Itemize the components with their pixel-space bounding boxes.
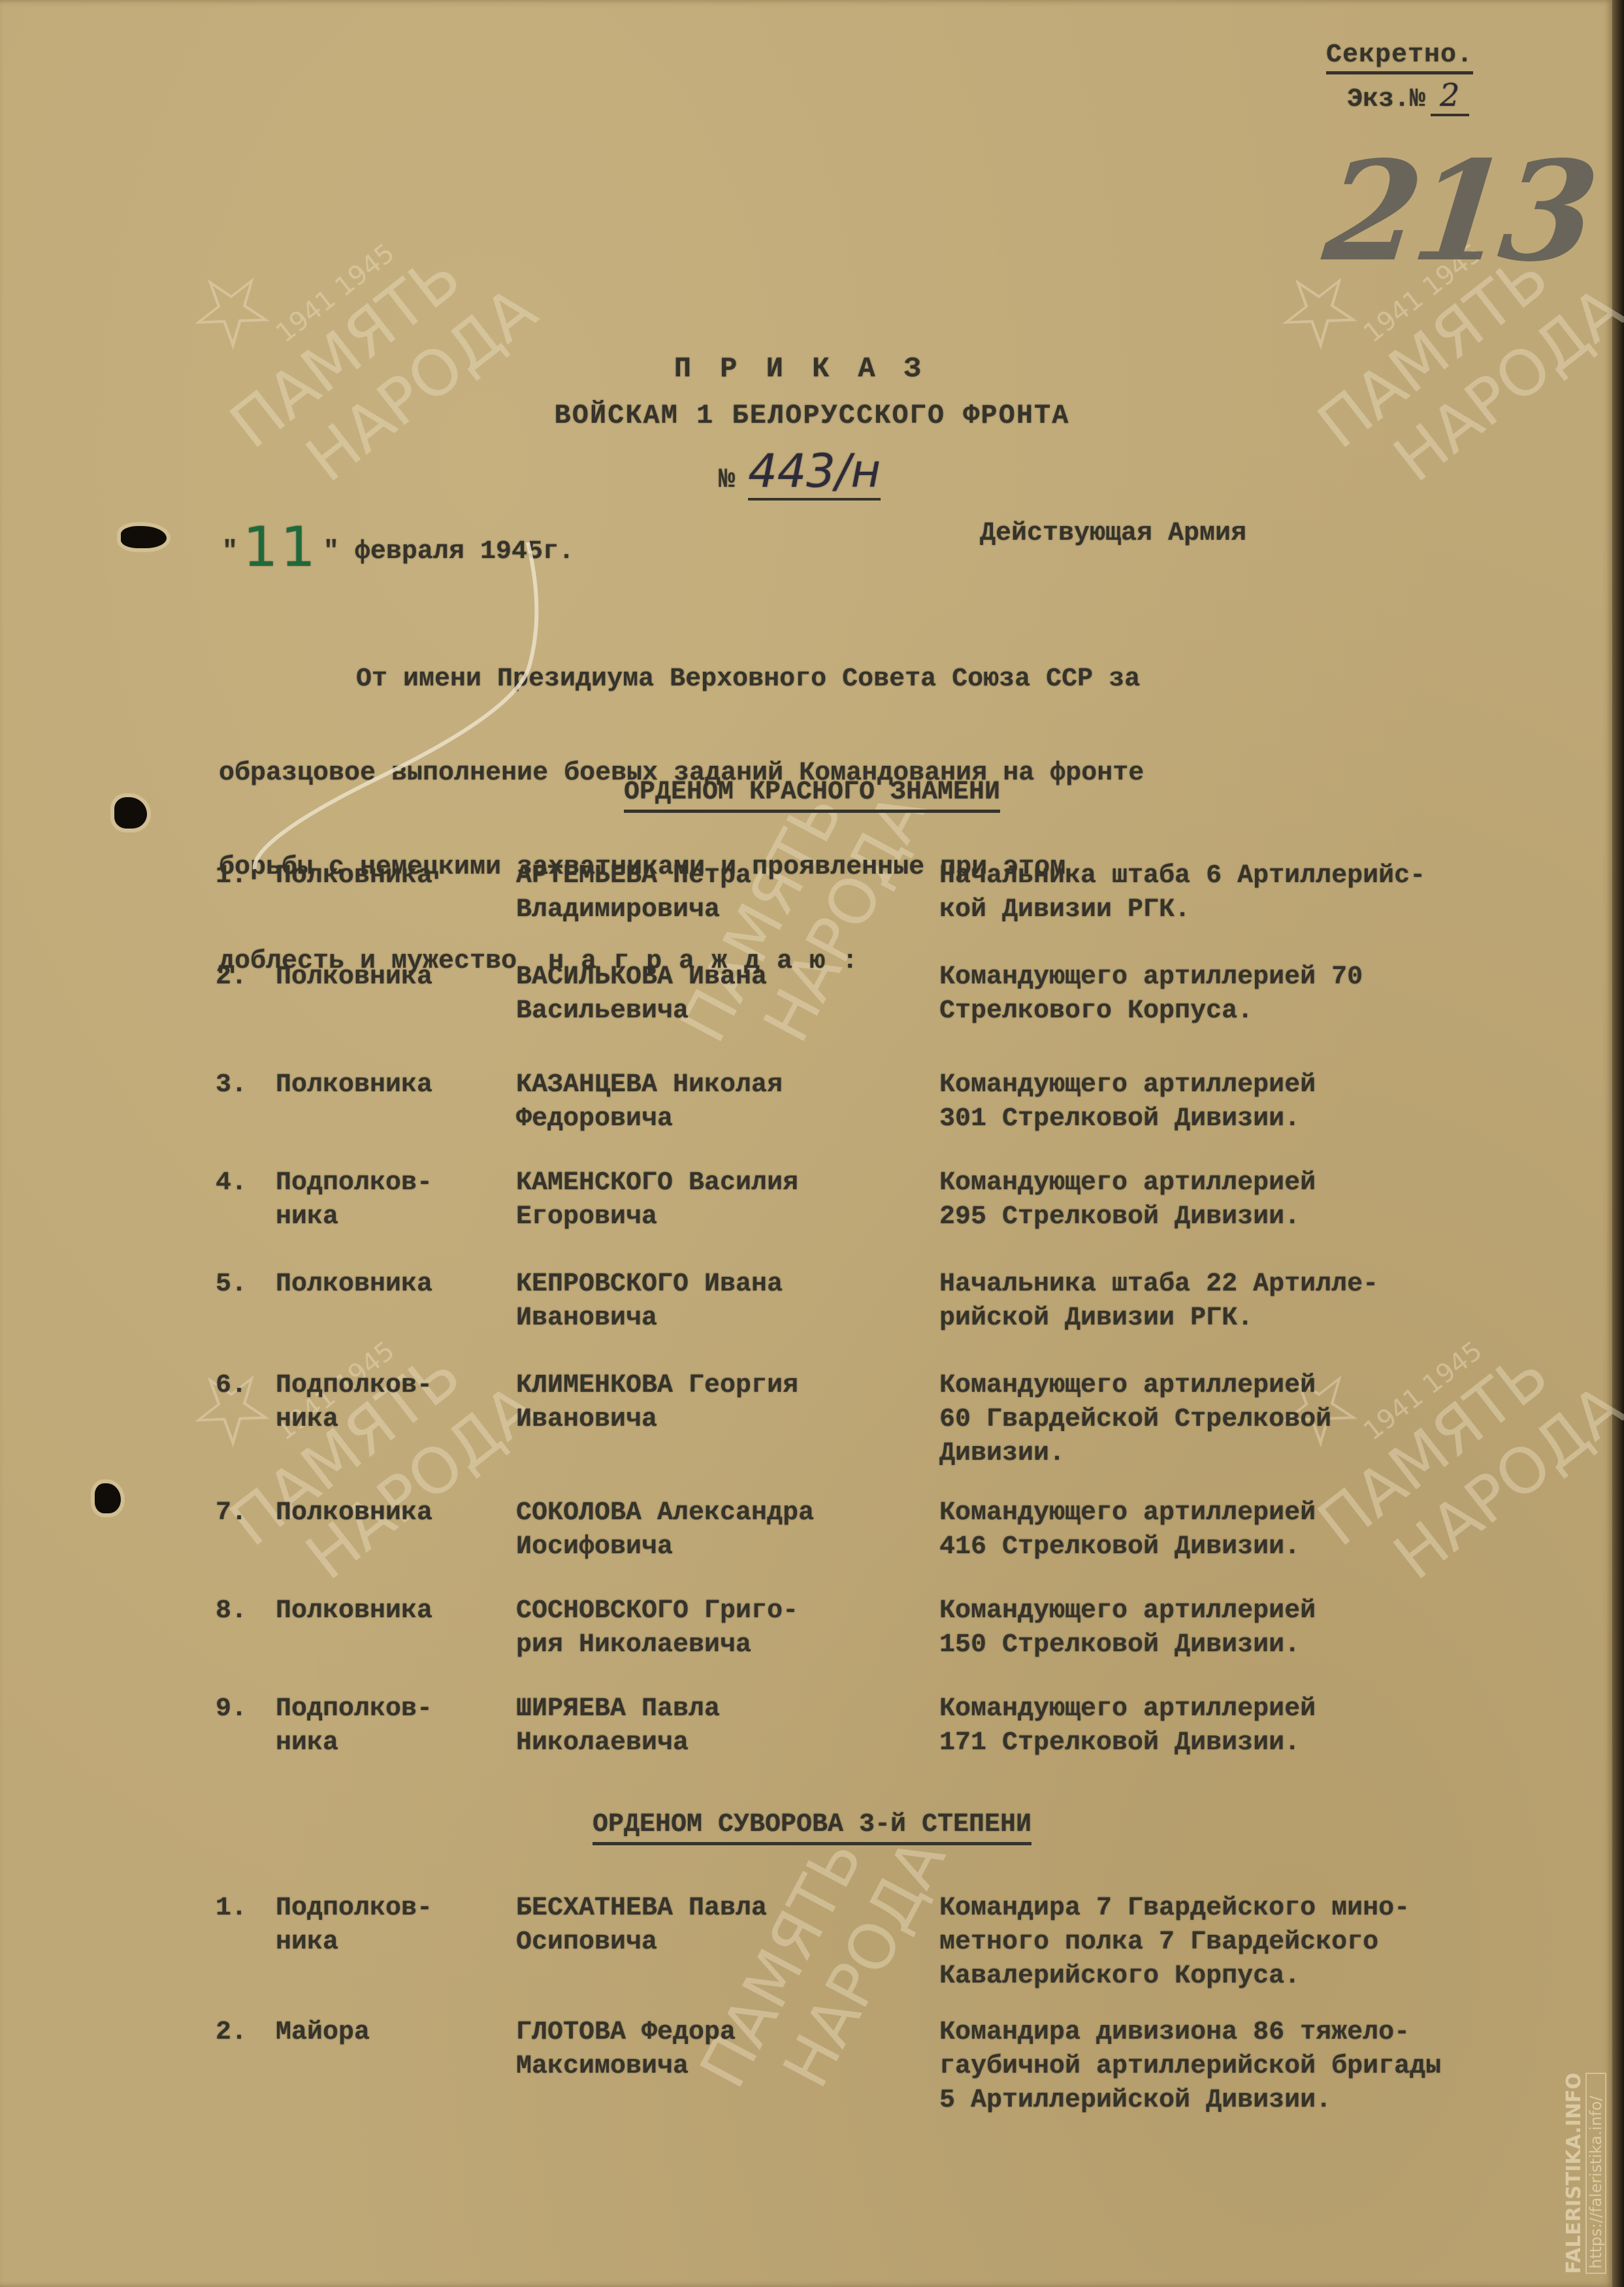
entry-rank: Полковника xyxy=(276,1496,511,1530)
entry-name: КАЗАНЦЕВА НиколаяФедоровича xyxy=(516,1068,921,1136)
document-addressee: ВОЙСКАМ 1 БЕЛОРУССКОГО ФРОНТА xyxy=(0,400,1624,431)
entry-position: Начальника штаба 6 Артиллерийс-кой Дивиз… xyxy=(939,859,1586,927)
archive-page-number: 213 xyxy=(1318,131,1597,292)
entry-number: 1. xyxy=(216,1892,274,1926)
document-title: ПРИКАЗ xyxy=(0,353,1624,386)
entry-position: Командующего артиллерией 70Стрелкового К… xyxy=(939,961,1586,1028)
entry-rank: Полковника xyxy=(276,859,511,893)
entry-number: 7. xyxy=(216,1496,274,1530)
binding-hole xyxy=(95,1483,121,1513)
entry-name: АРТЕМЬЕВА ПетраВладимировича xyxy=(516,859,921,927)
entry-name: СОКОЛОВА АлександраИосифовича xyxy=(516,1496,921,1564)
page-edge xyxy=(1612,0,1624,2287)
entry-number: 8. xyxy=(216,1594,274,1628)
entry-rank: Подполков-ника xyxy=(276,1369,511,1437)
entry-position: Командующего артиллерией60 Гвардейской С… xyxy=(939,1369,1586,1471)
entry-rank: Майора xyxy=(276,2016,511,2050)
entry-name: СОСНОВСКОГО Григо-рия Николаевича xyxy=(516,1594,921,1662)
entry-rank: Подполков-ника xyxy=(276,1166,511,1234)
classification-stamp: Секретно. xyxy=(1326,41,1473,70)
entry-position: Командующего артиллерией301 Стрелковой Д… xyxy=(939,1068,1586,1136)
entry-name: ШИРЯЕВА ПавлаНиколаевича xyxy=(516,1692,921,1760)
entry-name: КЕПРОВСКОГО ИванаИвановича xyxy=(516,1268,921,1336)
entry-name: БЕСХАТНЕВА ПавлаОсиповича xyxy=(516,1892,921,1960)
entry-number: 2. xyxy=(216,2016,274,2050)
entry-number: 5. xyxy=(216,1268,274,1302)
entry-number: 3. xyxy=(216,1068,274,1102)
entry-position: Командующего артиллерией416 Стрелковой Д… xyxy=(939,1496,1586,1564)
order-date: "11" февраля 1945г. xyxy=(222,515,574,579)
entry-rank: Полковника xyxy=(276,1068,511,1102)
entry-number: 1. xyxy=(216,859,274,893)
entry-rank: Полковника xyxy=(276,961,511,995)
entry-position: Начальника штаба 22 Артилле-рийской Диви… xyxy=(939,1268,1586,1336)
section-heading: ОРДЕНОМ СУВОРОВА 3-й СТЕПЕНИ xyxy=(0,1810,1624,1839)
entry-name: КЛИМЕНКОВА ГеоргияИвановича xyxy=(516,1369,921,1437)
copy-number: Экз.№2 xyxy=(1347,77,1469,114)
entry-rank: Полковника xyxy=(276,1594,511,1628)
entry-name: КАМЕНСКОГО ВасилияЕгоровича xyxy=(516,1166,921,1234)
binding-hole xyxy=(121,526,167,548)
entry-position: Командира 7 Гвардейского мино-метного по… xyxy=(939,1892,1586,1994)
entry-position: Командующего артиллерией150 Стрелковой Д… xyxy=(939,1594,1586,1662)
entry-position: Командующего артиллерией171 Стрелковой Д… xyxy=(939,1692,1586,1760)
section-heading: ОРДЕНОМ КРАСНОГО ЗНАМЕНИ xyxy=(0,778,1624,807)
entry-position: Командира дивизиона 86 тяжело-гаубичной … xyxy=(939,2016,1586,2118)
entry-number: 4. xyxy=(216,1166,274,1200)
entry-number: 9. xyxy=(216,1692,274,1726)
entry-rank: Полковника xyxy=(276,1268,511,1302)
entry-position: Командующего артиллерией295 Стрелковой Д… xyxy=(939,1166,1586,1234)
entry-number: 6. xyxy=(216,1369,274,1403)
entry-name: ВАСИЛЬКОВА ИванаВасильевича xyxy=(516,961,921,1028)
order-location: Действующая Армия xyxy=(980,519,1246,548)
order-number: №443/н xyxy=(719,444,881,498)
entry-rank: Подполков-ника xyxy=(276,1692,511,1760)
entry-number: 2. xyxy=(216,961,274,995)
entry-rank: Подполков-ника xyxy=(276,1892,511,1960)
entry-name: ГЛОТОВА ФедораМаксимовича xyxy=(516,2016,921,2084)
